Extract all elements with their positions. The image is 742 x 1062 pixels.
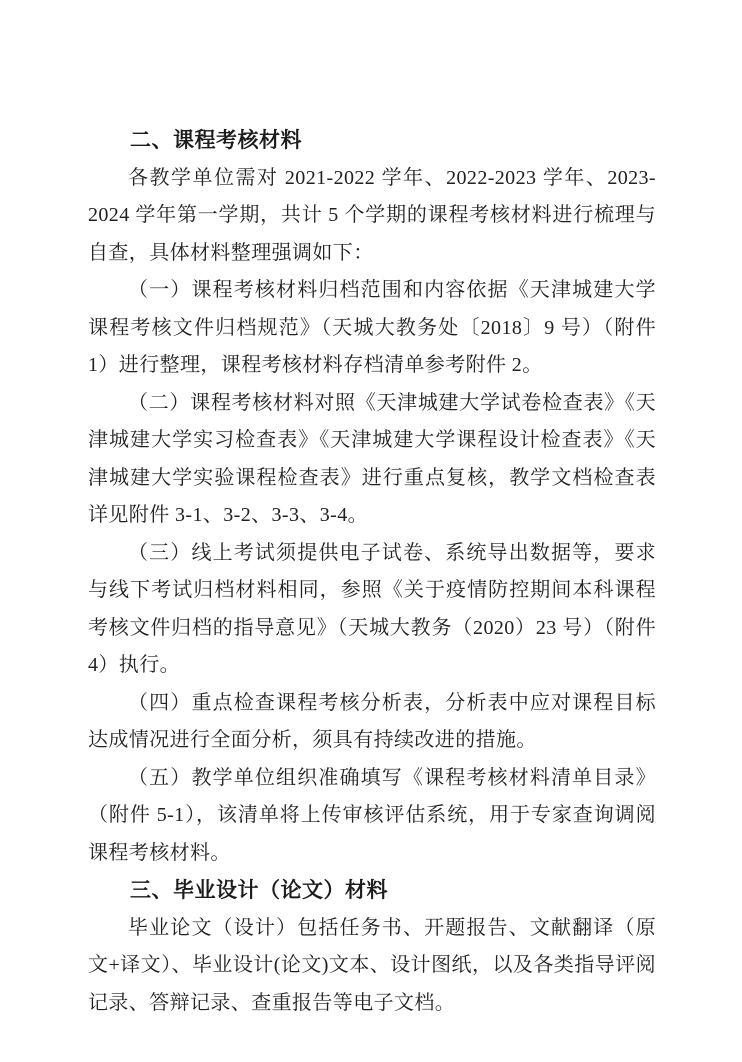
document-page: 二、课程考核材料 各教学单位需对 2021-2022 学年、2022-2023 …	[0, 0, 742, 1062]
paragraph-item-1-archive-scope: （一）课程考核材料归档范围和内容依据《天津城建大学课程考核文件归档规范》（天城大…	[88, 272, 656, 385]
paragraph-semester-scope: 各教学单位需对 2021-2022 学年、2022-2023 学年、2023-2…	[88, 160, 656, 273]
paragraph-item-3-online-exams: （三）线上考试须提供电子试卷、系统导出数据等，要求与线下考试归档材料相同，参照《…	[88, 535, 656, 685]
paragraph-item-5-inventory-list: （五）教学单位组织准确填写《课程考核材料清单目录》（附件 5-1），该清单将上传…	[88, 760, 656, 873]
heading-graduation-design-thesis-materials: 三、毕业设计（论文）材料	[88, 872, 656, 910]
paragraph-item-2-check-tables: （二）课程考核材料对照《天津城建大学试卷检查表》《天津城建大学实习检查表》《天津…	[88, 385, 656, 535]
paragraph-item-4-analysis-table: （四）重点检查课程考核分析表，分析表中应对课程目标达成情况进行全面分析，须具有持…	[88, 685, 656, 760]
heading-course-assessment-materials: 二、课程考核材料	[88, 122, 656, 160]
document-content: 二、课程考核材料 各教学单位需对 2021-2022 学年、2022-2023 …	[88, 122, 656, 1022]
paragraph-graduation-materials-content: 毕业论文（设计）包括任务书、开题报告、文献翻译（原文+译文）、毕业设计(论文)文…	[88, 910, 656, 1023]
